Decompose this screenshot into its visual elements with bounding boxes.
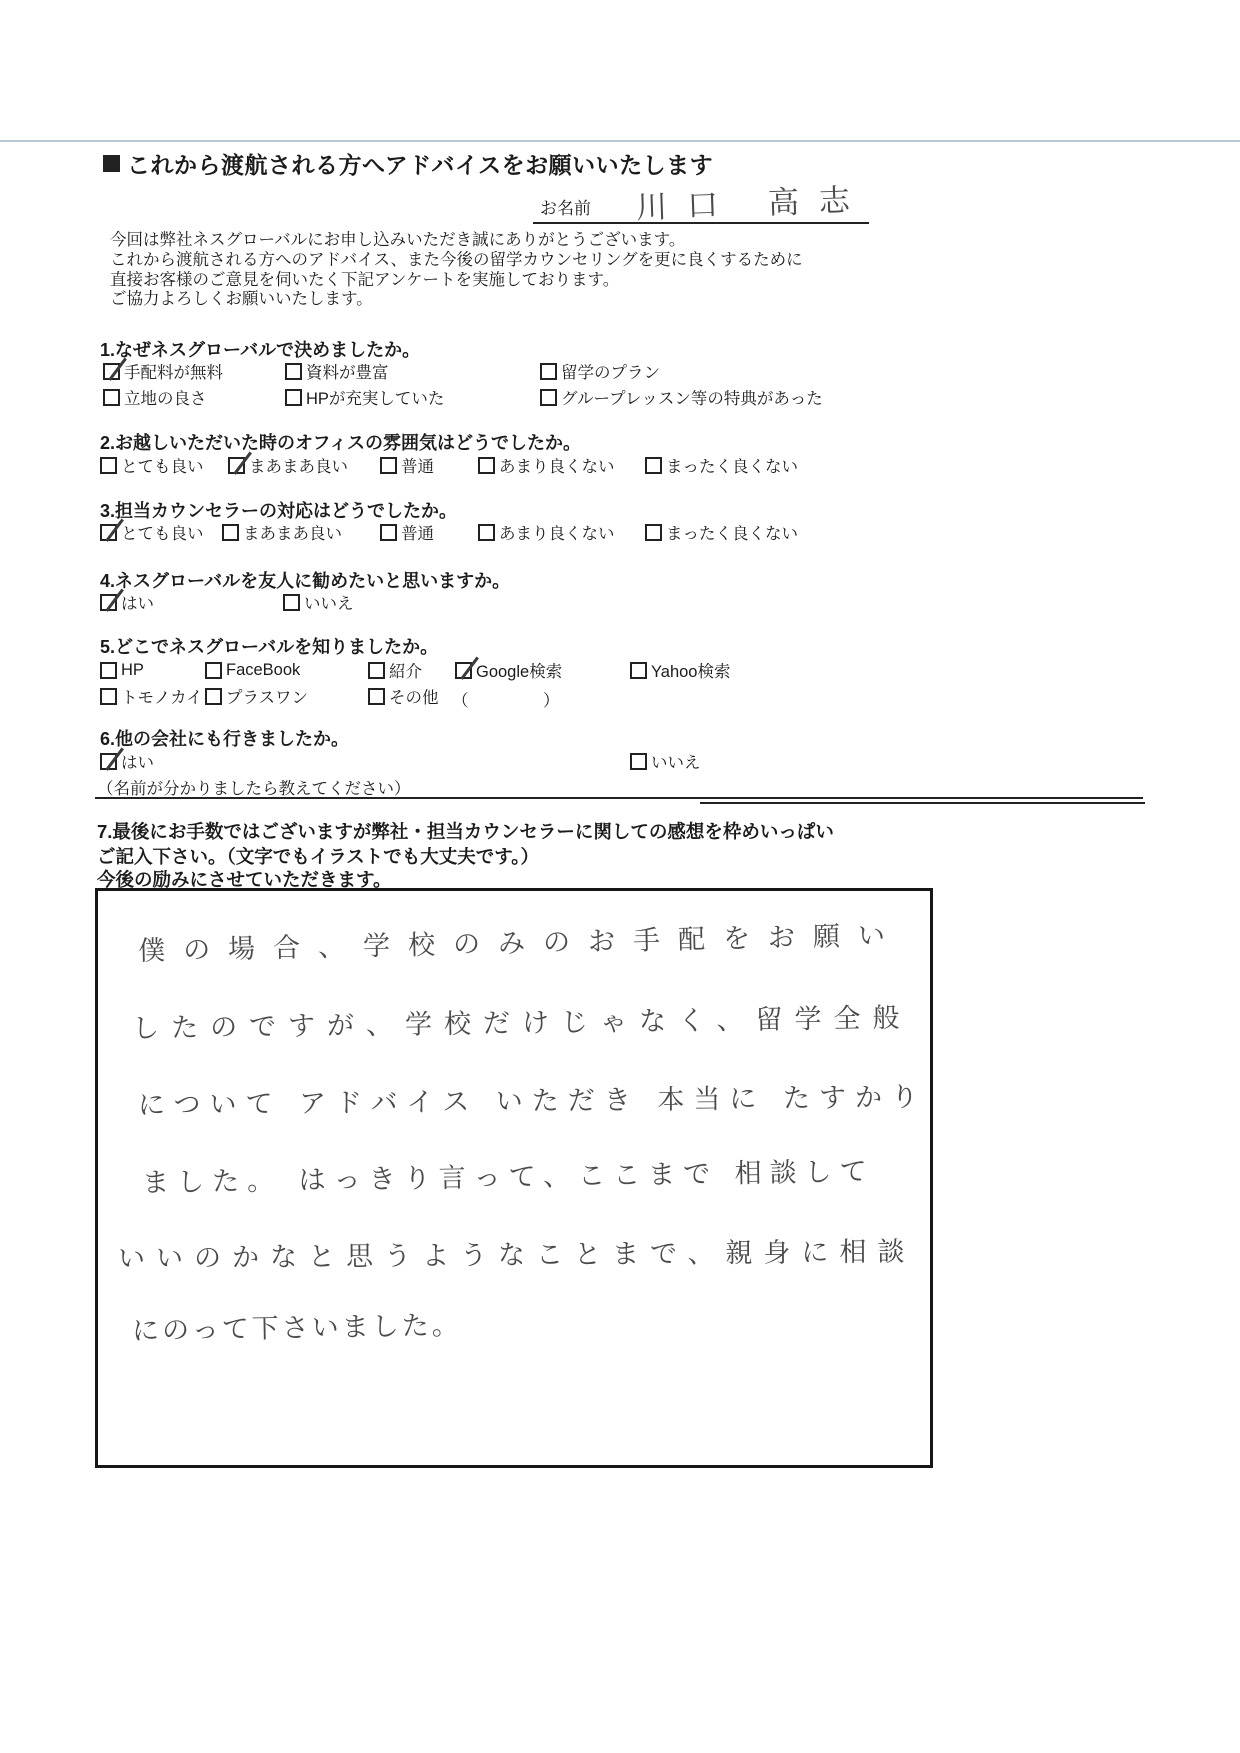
- checkbox[interactable]: [285, 363, 302, 380]
- checkbox[interactable]: [380, 457, 397, 474]
- checkbox[interactable]: [205, 688, 222, 705]
- handwritten-comment-line: したのですが、学校だけじゃなく、留学全般: [132, 996, 912, 1046]
- checkbox[interactable]: [285, 389, 302, 406]
- checkbox-label: いいえ: [304, 590, 354, 614]
- q5-opt-yahoo-search[interactable]: Yahoo検索: [630, 660, 731, 680]
- question-6-title: 6.他の会社にも行きましたか。: [100, 725, 349, 751]
- q2-opt-very-good[interactable]: とても良い: [100, 455, 204, 475]
- checkbox-label: まあまあ良い: [249, 453, 348, 477]
- intro-line: 直接お客様のご意見を伺いたく下記アンケートを実施しております。: [110, 271, 803, 291]
- checkbox-label: トモノカイ: [121, 684, 203, 708]
- checkbox-label: 資料が豊富: [306, 359, 389, 383]
- other-paren-close: ）: [543, 687, 560, 711]
- page-title-text: これから渡航される方へアドバイスをお願いいたします: [127, 147, 713, 180]
- checkbox-label: HPが充実していた: [306, 385, 444, 409]
- q5-opt-referral[interactable]: 紹介: [368, 660, 422, 680]
- answer-ruled-line: [95, 797, 1143, 799]
- question-2-title: 2.お越しいただいた時のオフィスの雰囲気はどうでしたか。: [100, 429, 581, 455]
- q2-opt-fairly-good[interactable]: まあまあ良い: [228, 455, 348, 475]
- intro-paragraph: 今回は弊社ネスグローバルにお申し込みいただき誠にありがとうございます。 これから…: [110, 231, 803, 310]
- checkbox[interactable]: [100, 457, 117, 474]
- q5-opt-plus-one[interactable]: プラスワン: [205, 686, 308, 706]
- checkbox[interactable]: [368, 662, 385, 679]
- checkbox[interactable]: [478, 524, 495, 541]
- q6-opt-yes[interactable]: はい: [100, 751, 154, 771]
- checkbox-label: 紹介: [389, 658, 422, 682]
- q2-opt-normal[interactable]: 普通: [380, 455, 434, 475]
- q5-opt-tomonokai[interactable]: トモノカイ: [100, 686, 203, 706]
- checkbox[interactable]: [100, 753, 117, 770]
- checkbox[interactable]: [228, 457, 245, 474]
- q3-opt-not-good-at-all[interactable]: まったく良くない: [645, 522, 798, 542]
- checkbox[interactable]: [380, 524, 397, 541]
- checkbox[interactable]: [103, 389, 120, 406]
- question-5-title: 5.どこでネスグローバルを知りましたか。: [100, 633, 438, 659]
- square-bullet-icon: [103, 155, 120, 172]
- checkbox-label: 普通: [401, 453, 434, 477]
- q5-opt-google-search[interactable]: Google検索: [455, 660, 562, 680]
- q1-opt-study-plan[interactable]: 留学のプラン: [540, 361, 660, 381]
- page-title: これから渡航される方へアドバイスをお願いいたします: [103, 147, 713, 180]
- intro-line: ご協力よろしくお願いいたします。: [110, 290, 803, 310]
- checkbox-label: とても良い: [121, 453, 204, 477]
- q6-note: （名前が分かりましたら教えてください）: [97, 775, 411, 799]
- name-handwritten-value: 川口 高志: [635, 174, 870, 227]
- scan-artifact-line: [0, 140, 1240, 142]
- q1-opt-group-lesson-perks[interactable]: グループレッスン等の特典があった: [540, 387, 823, 407]
- checkbox[interactable]: [100, 524, 117, 541]
- checkbox-label: HP: [121, 661, 144, 680]
- checkbox-label: プラスワン: [226, 684, 308, 708]
- checkbox[interactable]: [100, 594, 117, 611]
- name-label: お名前: [540, 194, 591, 219]
- handwritten-comment-line: いいのかなと思うようなことまで、親身に相談: [118, 1230, 916, 1276]
- q1-opt-good-location[interactable]: 立地の良さ: [103, 387, 207, 407]
- checkbox[interactable]: [205, 662, 222, 679]
- handwritten-comment-line: 僕の場合、学校のみのお手配をお願い: [138, 913, 904, 968]
- q5-opt-hp[interactable]: HP: [100, 660, 144, 680]
- checkbox[interactable]: [645, 524, 662, 541]
- name-field-underline: [533, 222, 869, 224]
- checkbox[interactable]: [283, 594, 300, 611]
- intro-line: 今回は弊社ネスグローバルにお申し込みいただき誠にありがとうございます。: [110, 231, 803, 251]
- checkbox-label: まったく良くない: [666, 453, 798, 477]
- checkbox-label: 手配料が無料: [124, 359, 223, 383]
- q1-opt-substantial-hp[interactable]: HPが充実していた: [285, 387, 444, 407]
- checkbox[interactable]: [103, 363, 120, 380]
- q5-opt-facebook[interactable]: FaceBook: [205, 660, 300, 680]
- q1-opt-handling-fee-free[interactable]: 手配料が無料: [103, 361, 223, 381]
- checkbox[interactable]: [478, 457, 495, 474]
- q6-opt-no[interactable]: いいえ: [630, 751, 701, 771]
- checkbox[interactable]: [630, 753, 647, 770]
- checkbox-label: その他: [389, 684, 439, 708]
- checkbox-label: まあまあ良い: [243, 520, 342, 544]
- answer-ruled-line-artifact: [700, 802, 1145, 804]
- checkbox[interactable]: [630, 662, 647, 679]
- handwritten-comment-line: ました。 はっきり言って、ここまで 相談して: [142, 1149, 875, 1200]
- q3-opt-not-so-good[interactable]: あまり良くない: [478, 522, 615, 542]
- checkbox-label: 立地の良さ: [124, 385, 207, 409]
- other-paren-open: （: [452, 687, 469, 711]
- checkbox-label: はい: [121, 749, 154, 773]
- q3-opt-very-good[interactable]: とても良い: [100, 522, 204, 542]
- checkbox[interactable]: [540, 363, 557, 380]
- scanned-survey-page: これから渡航される方へアドバイスをお願いいたします お名前 川口 高志 今回は弊…: [0, 0, 1240, 1753]
- checkbox-label: はい: [121, 590, 154, 614]
- q1-opt-rich-materials[interactable]: 資料が豊富: [285, 361, 389, 381]
- checkbox[interactable]: [100, 688, 117, 705]
- q2-opt-not-so-good[interactable]: あまり良くない: [478, 455, 615, 475]
- q4-opt-yes[interactable]: はい: [100, 592, 154, 612]
- checkbox-label: あまり良くない: [499, 520, 615, 544]
- checkbox[interactable]: [540, 389, 557, 406]
- checkbox[interactable]: [368, 688, 385, 705]
- checkbox-label: Yahoo検索: [651, 658, 731, 682]
- checkbox-label: FaceBook: [226, 661, 300, 680]
- checkbox-label: いいえ: [651, 749, 701, 773]
- q3-opt-normal[interactable]: 普通: [380, 522, 434, 542]
- checkbox[interactable]: [455, 662, 472, 679]
- checkbox-label: グループレッスン等の特典があった: [561, 385, 823, 409]
- checkbox-label: あまり良くない: [499, 453, 615, 477]
- checkbox-label: とても良い: [121, 520, 204, 544]
- checkbox-label: Google検索: [476, 658, 562, 682]
- q3-opt-fairly-good[interactable]: まあまあ良い: [222, 522, 342, 542]
- q5-opt-other[interactable]: その他: [368, 686, 439, 706]
- q2-opt-not-good-at-all[interactable]: まったく良くない: [645, 455, 798, 475]
- question-7-line-1: 7.最後にお手数ではございますが弊社・担当カウンセラーに関しての感想を枠めいっぱ…: [97, 818, 834, 844]
- comment-box[interactable]: 僕の場合、学校のみのお手配をお願い したのですが、学校だけじゃなく、留学全般 に…: [95, 888, 933, 1468]
- checkbox[interactable]: [222, 524, 239, 541]
- checkbox-label: まったく良くない: [666, 520, 798, 544]
- handwritten-comment-line: にのって下さいました。: [132, 1303, 462, 1348]
- checkbox[interactable]: [645, 457, 662, 474]
- checkbox[interactable]: [100, 662, 117, 679]
- intro-line: これから渡航される方へのアドバイス、また今後の留学カウンセリングを更に良くするた…: [110, 251, 803, 271]
- checkbox-label: 普通: [401, 520, 434, 544]
- q4-opt-no[interactable]: いいえ: [283, 592, 354, 612]
- handwritten-comment-line: について アドバイス いただき 本当に たすかり: [138, 1075, 927, 1122]
- checkbox-label: 留学のプラン: [561, 359, 660, 383]
